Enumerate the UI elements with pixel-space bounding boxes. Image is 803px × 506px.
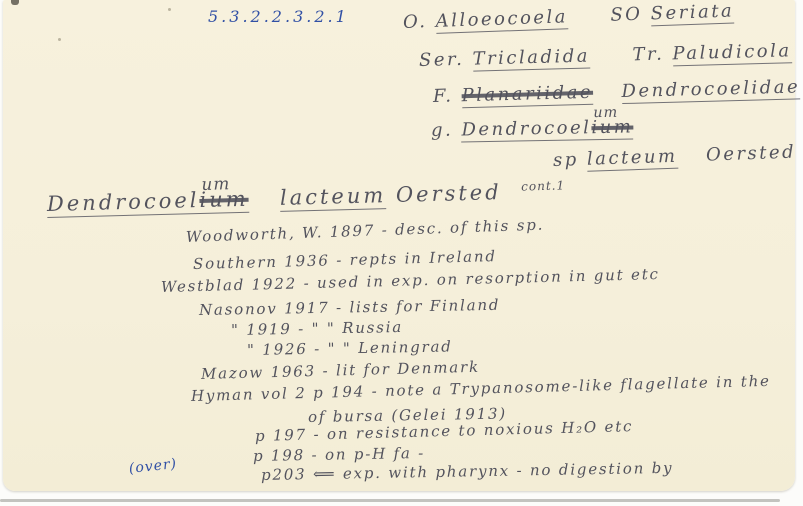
genus-name: Dendrocoeliumum: [461, 116, 633, 142]
note-hyman-p198: p 198 - on p-H fa -: [253, 444, 425, 465]
taxonomy-genus-line: g. Dendrocoeliumum: [431, 116, 634, 141]
family-name: Dendrocoelidae: [621, 76, 800, 104]
tribe-name: Paludicola: [672, 40, 792, 66]
heading-correction: um: [201, 173, 230, 194]
paper-speck: [58, 38, 61, 41]
note-southern: Southern 1936 - repts in Ireland: [193, 247, 497, 273]
series-abbr: Ser.: [419, 49, 465, 71]
heading-species: lacteum: [280, 183, 387, 212]
note-woodworth: Woodworth, W. 1897 - desc. of this sp.: [186, 216, 545, 246]
order-abbr: O.: [403, 11, 428, 33]
genus-suffix-wrap: iumum: [591, 116, 633, 138]
scan-shadow-line: [0, 499, 780, 502]
catalog-number: 5.3.2.2.3.2.1: [208, 7, 349, 26]
taxonomy-order-line: O. Alloeocoela SO Seriata: [403, 0, 735, 33]
family-name-struck: Planariidae: [461, 82, 593, 108]
species-abbr: sp: [553, 149, 579, 171]
index-card: 5.3.2.2.3.2.1 O. Alloeocoela SO Seriata …: [3, 0, 795, 491]
genus-abbr: g.: [431, 120, 454, 141]
heading-author: Oersted: [396, 180, 502, 207]
order-name: Alloeocoela: [435, 6, 568, 34]
corner-smudge-mark: [11, 0, 19, 5]
note-mazow: Mazow 1963 - lit for Denmark: [201, 358, 480, 383]
taxonomy-family-line: F. Planariidae Dendrocoelidae: [433, 76, 801, 107]
spacer: [598, 61, 624, 62]
note-nasonov-1917: Nasonov 1917 - lists for Finland: [199, 296, 501, 319]
spacer: [576, 21, 602, 22]
species-heading: Dendrocoeliumum lacteum Oersted cont.1: [47, 178, 566, 216]
note-nasonov-1919: " 1919 - " " Russia: [231, 318, 403, 339]
tribe-abbr: Tr.: [632, 44, 664, 66]
heading-genus-base: Dendrocoel: [47, 188, 200, 216]
genus-correction: um: [593, 104, 618, 120]
suborder-abbr: SO: [610, 4, 643, 26]
heading-genus: Dendrocoeliumum: [47, 187, 249, 218]
taxonomy-series-line: Ser. Tricladida Tr. Paludicola: [419, 40, 792, 71]
taxonomy-species-line: sp lacteum Oersted: [553, 142, 797, 171]
family-abbr: F.: [433, 85, 454, 107]
paper-speck: [168, 8, 171, 11]
suborder-name: Seriata: [650, 0, 734, 26]
over-note: (over): [128, 456, 178, 477]
species-name: lacteum: [587, 146, 678, 172]
heading-suffix-wrap: iumum: [199, 187, 249, 212]
heading-continuation: cont.1: [521, 178, 565, 193]
genus-base: Dendrocoel: [461, 117, 591, 140]
note-nasonov-1926: " 1926 - " " Leningrad: [247, 337, 453, 359]
series-name: Tricladida: [472, 46, 590, 72]
species-author: Oersted: [706, 142, 797, 166]
